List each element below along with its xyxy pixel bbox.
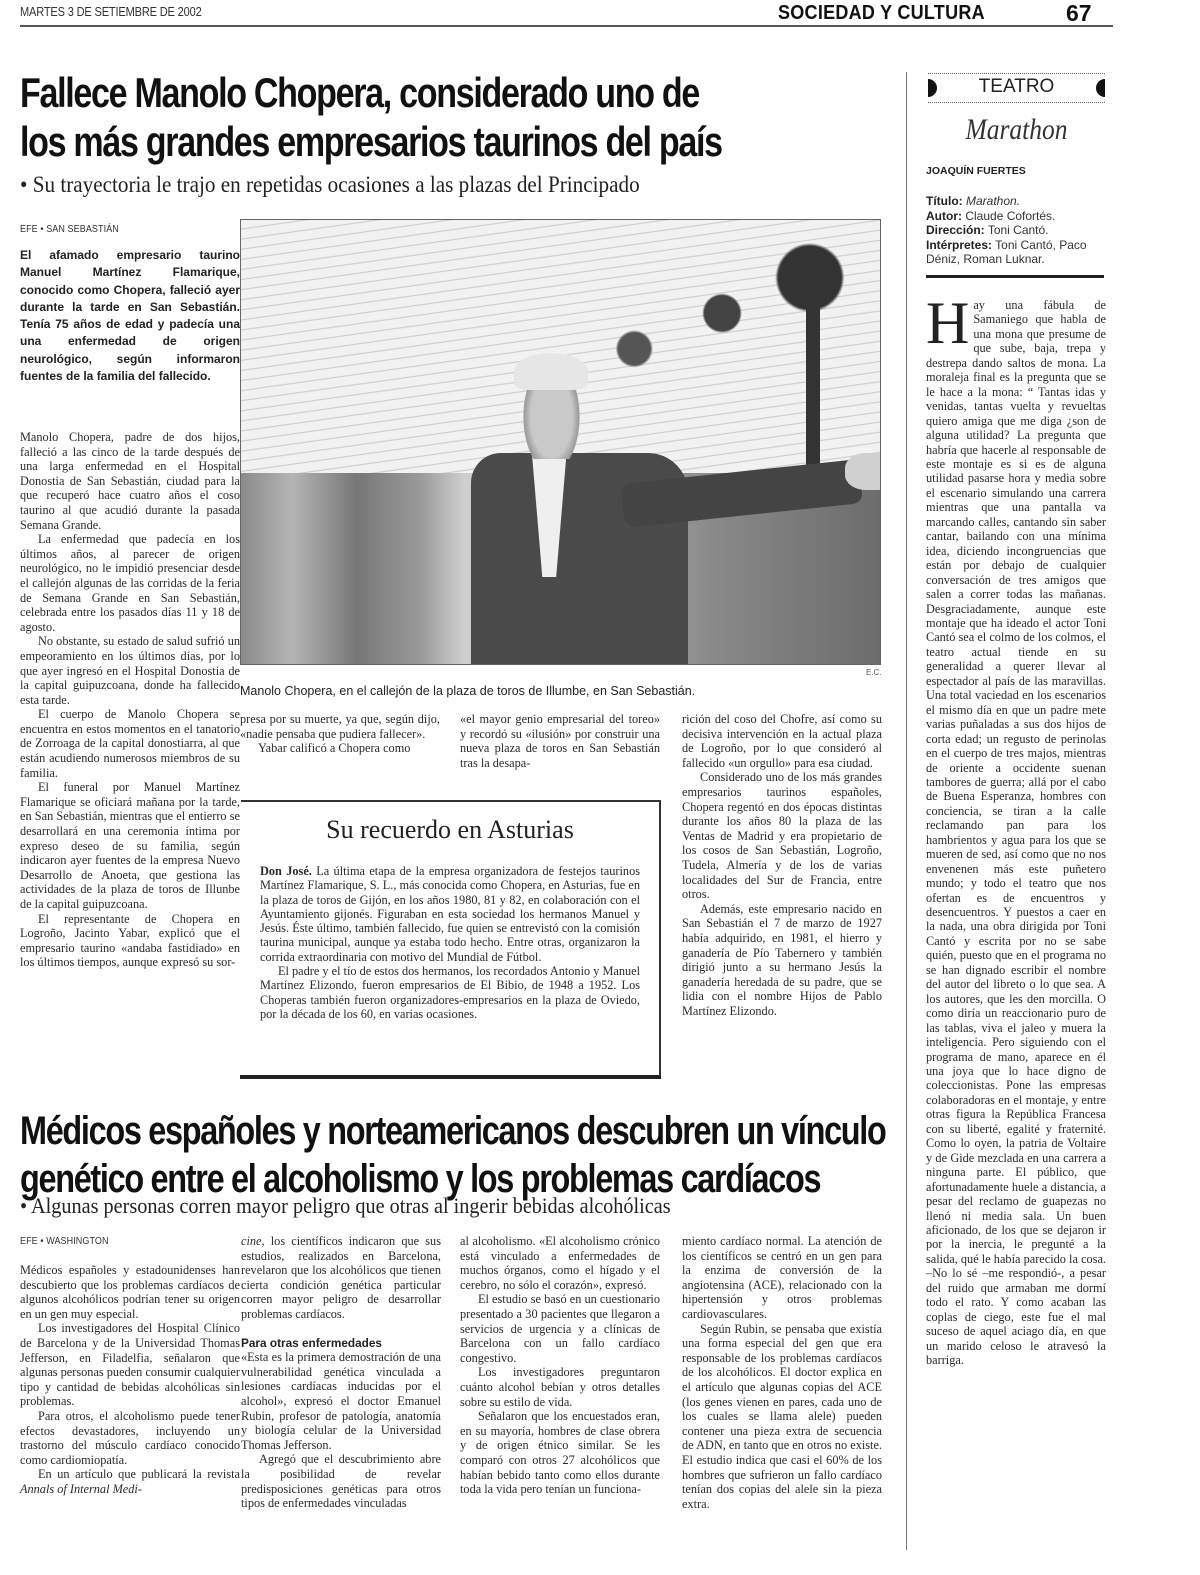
article2-column-4: miento cardíaco normal. La atención de l…	[682, 1234, 882, 1511]
article1-column-2: presa por su muerte, ya que, según dijo,…	[240, 712, 440, 756]
article1-photo	[240, 219, 881, 665]
article1-dateline: EFE • SAN SEBASTIÁN	[20, 224, 119, 235]
article2-column-1: Médicos españoles y estadounidenses han …	[20, 1263, 240, 1497]
review-text: ay una fábula de Samaniego que habla de …	[926, 298, 1106, 1367]
paragraph: cine, los científicos indicaron que sus …	[241, 1234, 441, 1322]
sidebar-bottom-rule	[240, 1075, 661, 1079]
article1-column-1: Manolo Chopera, padre de dos hijos, fall…	[20, 430, 240, 970]
paragraph: Los investigadores preguntaron cuánto al…	[460, 1365, 660, 1409]
article2-column-3: al alcoholismo. «El alcoholismo crónico …	[460, 1234, 660, 1497]
paragraph: No obstante, su estado de salud sufrió u…	[20, 634, 240, 707]
paragraph: Los investigadores del Hospital Clínico …	[20, 1321, 240, 1409]
paragraph: Señalaron que los encuestados eran, en s…	[460, 1409, 660, 1497]
paragraph: El representante de Chopera en Logroño, …	[20, 912, 240, 970]
drop-cap: H	[926, 300, 969, 346]
review-byline: JOAQUÍN FUERTES	[926, 165, 1026, 177]
review-section-label: TEATRO	[928, 76, 1105, 98]
article2-column-2: cine, los científicos indicaron que sus …	[241, 1234, 441, 1511]
paragraph: Considerado uno de los más grandes empre…	[682, 770, 882, 901]
paragraph: presa por su muerte, ya que, según dijo,…	[240, 712, 440, 741]
paragraph: Yabar calificó a Chopera como	[240, 741, 440, 756]
article1-column-3: «el mayor genio empresarial del toreo» y…	[460, 712, 660, 770]
paragraph: Don José. La última etapa de la empresa …	[260, 864, 640, 964]
paragraph: «Esta es la primera demostración de una …	[241, 1350, 441, 1452]
paragraph: miento cardíaco normal. La atención de l…	[682, 1234, 882, 1322]
article2-subhead: Para otras enfermedades	[241, 1336, 441, 1351]
dotted-rule	[928, 73, 1105, 74]
portrait-figure	[471, 353, 688, 664]
review-title: Marathon	[941, 113, 1091, 147]
review-body: Hay una fábula de Samaniego que habla de…	[926, 298, 1106, 1368]
paragraph: Para otros, el alcoholismo puede tener e…	[20, 1409, 240, 1467]
sidebar-top-rule	[241, 800, 660, 802]
issue-date: MARTES 3 DE SETIEMBRE DE 2002	[20, 4, 202, 19]
paragraph: El cuerpo de Manolo Chopera se encuentra…	[20, 707, 240, 780]
photo-credit: E.C.	[866, 668, 882, 677]
dotted-rule	[928, 102, 1105, 103]
headline-line: Fallece Manolo Chopera, considerado uno …	[20, 68, 722, 117]
section-title: SOCIEDAD Y CULTURA	[778, 2, 985, 25]
column-divider	[906, 72, 907, 1550]
paragraph: El estudio se basó en un cuestionario pr…	[460, 1292, 660, 1365]
credit-direction: Dirección: Toni Cantó.	[926, 223, 1106, 238]
paragraph: En un artículo que publicará la revista …	[20, 1467, 240, 1496]
credit-title: Título: Marathon.	[926, 194, 1106, 209]
paragraph: Según Rubin, se pensaba que existía una …	[682, 1322, 882, 1512]
article1-lead: El afamado empresario taurino Manuel Mar…	[20, 247, 240, 385]
article1-headline: Fallece Manolo Chopera, considerado uno …	[20, 68, 722, 166]
photo-caption: Manolo Chopera, en el callejón de la pla…	[240, 684, 695, 698]
paragraph-text: La última etapa de la empresa organizado…	[260, 864, 640, 964]
credits-rule	[926, 275, 1104, 278]
paragraph: La enfermedad que padecía en los últimos…	[20, 532, 240, 634]
header-rule	[20, 25, 1113, 27]
article2-dateline: EFE • WASHINGTON	[20, 1236, 109, 1247]
metal-rail	[806, 261, 820, 490]
hair	[514, 353, 588, 390]
article2-subheadline: • Algunas personas corren mayor peligro …	[20, 1193, 671, 1219]
play-credits: Título: Marathon. Autor: Claude Cofortés…	[926, 194, 1106, 267]
article1-column-4: rición del coso del Chofre, así como su …	[682, 712, 882, 1018]
hand	[845, 453, 881, 490]
lead-in: Don José.	[260, 864, 312, 878]
article2-headline: Médicos españoles y norteamericanos desc…	[20, 1107, 886, 1203]
paragraph: Manolo Chopera, padre de dos hijos, fall…	[20, 430, 240, 532]
sidebar-body: Don José. La última etapa de la empresa …	[260, 864, 640, 1021]
paragraph: El padre y el tío de estos dos hermanos,…	[260, 964, 640, 1021]
journal-name: Annals of Internal Medi-	[20, 1482, 142, 1496]
paragraph: Agregó que el descubrimiento abre la pos…	[241, 1452, 441, 1510]
headline-line: los más grandes empresarios taurinos del…	[20, 117, 722, 166]
paragraph: al alcoholismo. «El alcoholismo crónico …	[460, 1234, 660, 1292]
sidebar-title: Su recuerdo en Asturias	[240, 815, 660, 845]
paragraph: El funeral por Manuel Martínez Flamariqu…	[20, 780, 240, 911]
credit-author: Autor: Claude Cofortés.	[926, 209, 1106, 224]
paragraph: «el mayor genio empresarial del toreo» y…	[460, 712, 660, 770]
paragraph: rición del coso del Chofre, así como su …	[682, 712, 882, 770]
journal-name: cine	[241, 1234, 261, 1248]
paragraph: Además, este empresario nacido en San Se…	[682, 902, 882, 1019]
headline-line: Médicos españoles y norteamericanos desc…	[20, 1107, 886, 1155]
page-number: 67	[1066, 0, 1092, 27]
paragraph: Médicos españoles y estadounidenses han …	[20, 1263, 240, 1321]
article1-subheadline: • Su trayectoria le trajo en repetidas o…	[20, 172, 640, 198]
credit-performers: Intérpretes: Toni Cantó, Paco Déniz, Rom…	[926, 238, 1106, 267]
